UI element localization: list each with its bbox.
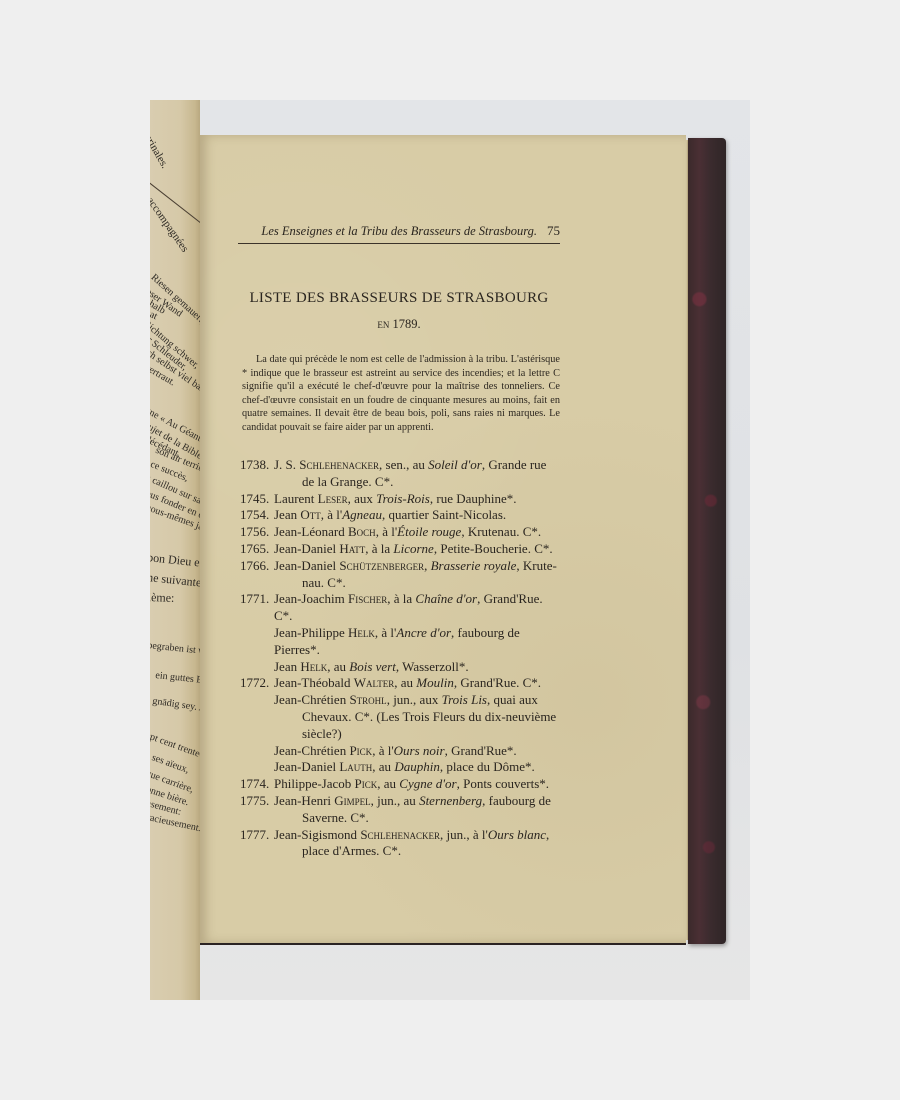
right-page: Les Enseignes et la Tribu des Brasseurs … — [200, 135, 686, 945]
entry-text: , à la — [387, 591, 415, 606]
entry-continuation: de la Grange. C*. — [274, 474, 562, 491]
brewer-first-name: Jean-Chrétien — [274, 743, 349, 758]
brewer-surname: Lauth — [339, 759, 372, 774]
brewer-surname: Pick — [355, 776, 378, 791]
admission-year: 1772. — [240, 675, 274, 692]
brewer-entry: 1766.Jean-Daniel Schützenberger, Brasser… — [240, 558, 562, 592]
brewer-entry: 1772.Jean-Théobald Walter, au Moulin, Gr… — [240, 675, 562, 692]
brewer-entry: 1745.Laurent Leser, aux Trois-Rois, rue … — [240, 491, 562, 508]
entry-text: , à l' — [376, 524, 397, 539]
entry-text: , au — [372, 759, 394, 774]
admission-year: 1774. — [240, 776, 274, 793]
brewer-first-name: Jean-Léonard — [274, 524, 348, 539]
brewer-surname: Schlehenacker — [299, 457, 379, 472]
admission-year: 1771. — [240, 591, 274, 625]
admission-year: 1777. — [240, 827, 274, 861]
tavern-sign: Cygne d'or — [399, 776, 456, 791]
entry-text: , sen., au — [379, 457, 428, 472]
brewer-surname: Ott — [300, 507, 320, 522]
brewer-first-name: Jean-Daniel — [274, 558, 339, 573]
brewer-surname: Hatt — [339, 541, 365, 556]
admission-year — [240, 625, 274, 659]
entry-text: , place du Dôme*. — [440, 759, 535, 774]
brewer-surname: Fischer — [348, 591, 387, 606]
brewer-first-name: Laurent — [274, 491, 318, 506]
brewer-surname: Gimpel — [334, 793, 370, 808]
brewer-entry: 1756.Jean-Léonard Boch, à l'Étoile rouge… — [240, 524, 562, 541]
brewer-entry: Jean-Chrétien Pick, à l'Ours noir, Grand… — [240, 743, 562, 760]
entry-text: , jun., aux — [387, 692, 442, 707]
admission-year: 1745. — [240, 491, 274, 508]
section-subtitle: en 1789. — [238, 317, 560, 332]
left-page-text-fragment: accompagnées — [150, 195, 191, 254]
entry-text: , au — [377, 776, 399, 791]
brewer-surname: Strohl — [349, 692, 386, 707]
running-head: Les Enseignes et la Tribu des Brasseurs … — [238, 223, 560, 244]
entry-text: , — [546, 827, 549, 842]
tavern-sign: Sternenberg — [419, 793, 482, 808]
entry-text: , Petite-Boucherie. C*. — [434, 541, 553, 556]
tavern-sign: Chaîne d'or — [415, 591, 477, 606]
entry-text: , à l' — [321, 507, 342, 522]
entry-text: , à l' — [375, 625, 396, 640]
entry-text: , au — [327, 659, 349, 674]
brewer-entry: 1754.Jean Ott, à l'Agneau, quartier Sain… — [240, 507, 562, 524]
brewer-first-name: Jean-Daniel — [274, 541, 339, 556]
brewer-surname: Helk — [348, 625, 375, 640]
brewer-first-name: Jean-Joachim — [274, 591, 348, 606]
brewer-first-name: Jean — [274, 507, 300, 522]
admission-year: 1756. — [240, 524, 274, 541]
brewer-first-name: Jean — [274, 659, 300, 674]
left-page-text-fragment: ième: — [150, 590, 175, 606]
brewer-surname: Helk — [300, 659, 327, 674]
entry-continuation: Saverne. C*. — [274, 810, 562, 827]
left-page-text-fragment: begraben ist worden — [150, 640, 200, 659]
tavern-sign: Ancre d'or — [396, 625, 451, 640]
brewer-entry: 1775.Jean-Henri Gimpel, jun., au Sternen… — [240, 793, 562, 827]
admission-year — [240, 743, 274, 760]
brewer-list: 1738.J. S. Schlehenacker, sen., au Solei… — [240, 457, 562, 860]
tavern-sign: Ours blanc — [488, 827, 546, 842]
tavern-sign: Trois-Rois — [376, 491, 430, 506]
section-title: LISTE DES BRASSEURS DE STRASBOURG — [238, 290, 560, 307]
tavern-sign: Moulin — [416, 675, 454, 690]
entry-text: , faubourg de — [482, 793, 551, 808]
admission-year — [240, 692, 274, 742]
brewer-entry: Jean Helk, au Bois vert, Wasserzoll*. — [240, 659, 562, 676]
entry-text: , jun., au — [371, 793, 419, 808]
left-page-text-fragment: l gnädig sey. Amen — [150, 695, 200, 717]
entry-text: , Krutenau. C*. — [461, 524, 541, 539]
tavern-sign: Bois vert — [349, 659, 396, 674]
entry-text: , Ponts couverts*. — [457, 776, 549, 791]
brewer-first-name: Jean-Sigismond — [274, 827, 360, 842]
brewer-surname: Boch — [348, 524, 376, 539]
tavern-sign: Ours noir — [394, 743, 445, 758]
entry-text: , aux — [348, 491, 377, 506]
entry-continuation: Chevaux. C*. (Les Trois Fleurs du dix-ne… — [274, 709, 562, 743]
page-number: 75 — [547, 223, 560, 239]
brewer-first-name: Jean-Chrétien — [274, 692, 349, 707]
admission-year: 1738. — [240, 457, 274, 491]
brewer-entry: 1765.Jean-Daniel Hatt, à la Licorne, Pet… — [240, 541, 562, 558]
brewer-entry: 1777.Jean-Sigismond Schlehenacker, jun.,… — [240, 827, 562, 861]
brewer-entry: Jean-Chrétien Strohl, jun., aux Trois Li… — [240, 692, 562, 742]
brewer-surname: Walter — [354, 675, 394, 690]
brewer-first-name: J. S. — [274, 457, 299, 472]
tavern-sign: Trois Lis — [442, 692, 487, 707]
tavern-sign: Agneau — [342, 507, 382, 522]
brewer-entry: 1771.Jean-Joachim Fischer, à la Chaîne d… — [240, 591, 562, 625]
intro-paragraph: La date qui précède le nom est celle de … — [242, 353, 560, 435]
left-page-text-fragment: ein guttes Bier — [155, 670, 200, 687]
entry-continuation: place d'Armes. C*. — [274, 843, 562, 860]
entry-text: , Krute- — [516, 558, 556, 573]
entry-text: , Grande rue — [482, 457, 547, 472]
running-head-title: Les Enseignes et la Tribu des Brasseurs … — [261, 224, 537, 239]
admission-year — [240, 759, 274, 776]
left-page-text-fragment: urinales. — [150, 132, 171, 171]
entry-text: , au — [394, 675, 416, 690]
book-cover-edge — [688, 138, 726, 944]
admission-year: 1754. — [240, 507, 274, 524]
entry-text: , à la — [365, 541, 393, 556]
brewer-first-name: Philippe-Jacob — [274, 776, 355, 791]
brewer-entry: 1738.J. S. Schlehenacker, sen., au Solei… — [240, 457, 562, 491]
entry-text: , Grand'Rue. C*. — [454, 675, 541, 690]
tavern-sign: Dauphin — [394, 759, 440, 774]
admission-year: 1765. — [240, 541, 274, 558]
admission-year: 1766. — [240, 558, 274, 592]
tavern-sign: Licorne — [393, 541, 433, 556]
brewer-first-name: Jean-Théobald — [274, 675, 354, 690]
brewer-first-name: Jean-Daniel — [274, 759, 339, 774]
brewer-surname: Schützenberger — [339, 558, 424, 573]
entry-text: , quai aux — [487, 692, 538, 707]
admission-year — [240, 659, 274, 676]
brewer-first-name: Jean-Henri — [274, 793, 334, 808]
tavern-sign: Étoile rouge — [397, 524, 461, 539]
admission-year: 1775. — [240, 793, 274, 827]
brewer-entry: Jean-Philippe Helk, à l'Ancre d'or, faub… — [240, 625, 562, 659]
entry-text: , quartier Saint-Nicolas. — [382, 507, 506, 522]
brewer-entry: 1774.Philippe-Jacob Pick, au Cygne d'or,… — [240, 776, 562, 793]
entry-text: , Grand'Rue*. — [445, 743, 517, 758]
tavern-sign: Brasserie royale — [431, 558, 517, 573]
tavern-sign: Soleil d'or — [428, 457, 482, 472]
entry-text: , jun., à l' — [440, 827, 488, 842]
entry-text: , Wasserzoll*. — [396, 659, 469, 674]
brewer-surname: Schlehenacker — [360, 827, 440, 842]
entry-continuation: nau. C*. — [274, 575, 562, 592]
brewer-entry: Jean-Daniel Lauth, au Dauphin, place du … — [240, 759, 562, 776]
brewer-surname: Pick — [349, 743, 372, 758]
brewer-surname: Leser — [318, 491, 348, 506]
entry-text: , rue Dauphine*. — [430, 491, 517, 506]
book-photo: urinales.accompagnéesRiesen gemauert,ies… — [150, 100, 750, 1000]
brewer-first-name: Jean-Philippe — [274, 625, 348, 640]
left-page-fragment: urinales.accompagnéesRiesen gemauert,ies… — [150, 100, 200, 1000]
entry-text: , à l' — [372, 743, 393, 758]
